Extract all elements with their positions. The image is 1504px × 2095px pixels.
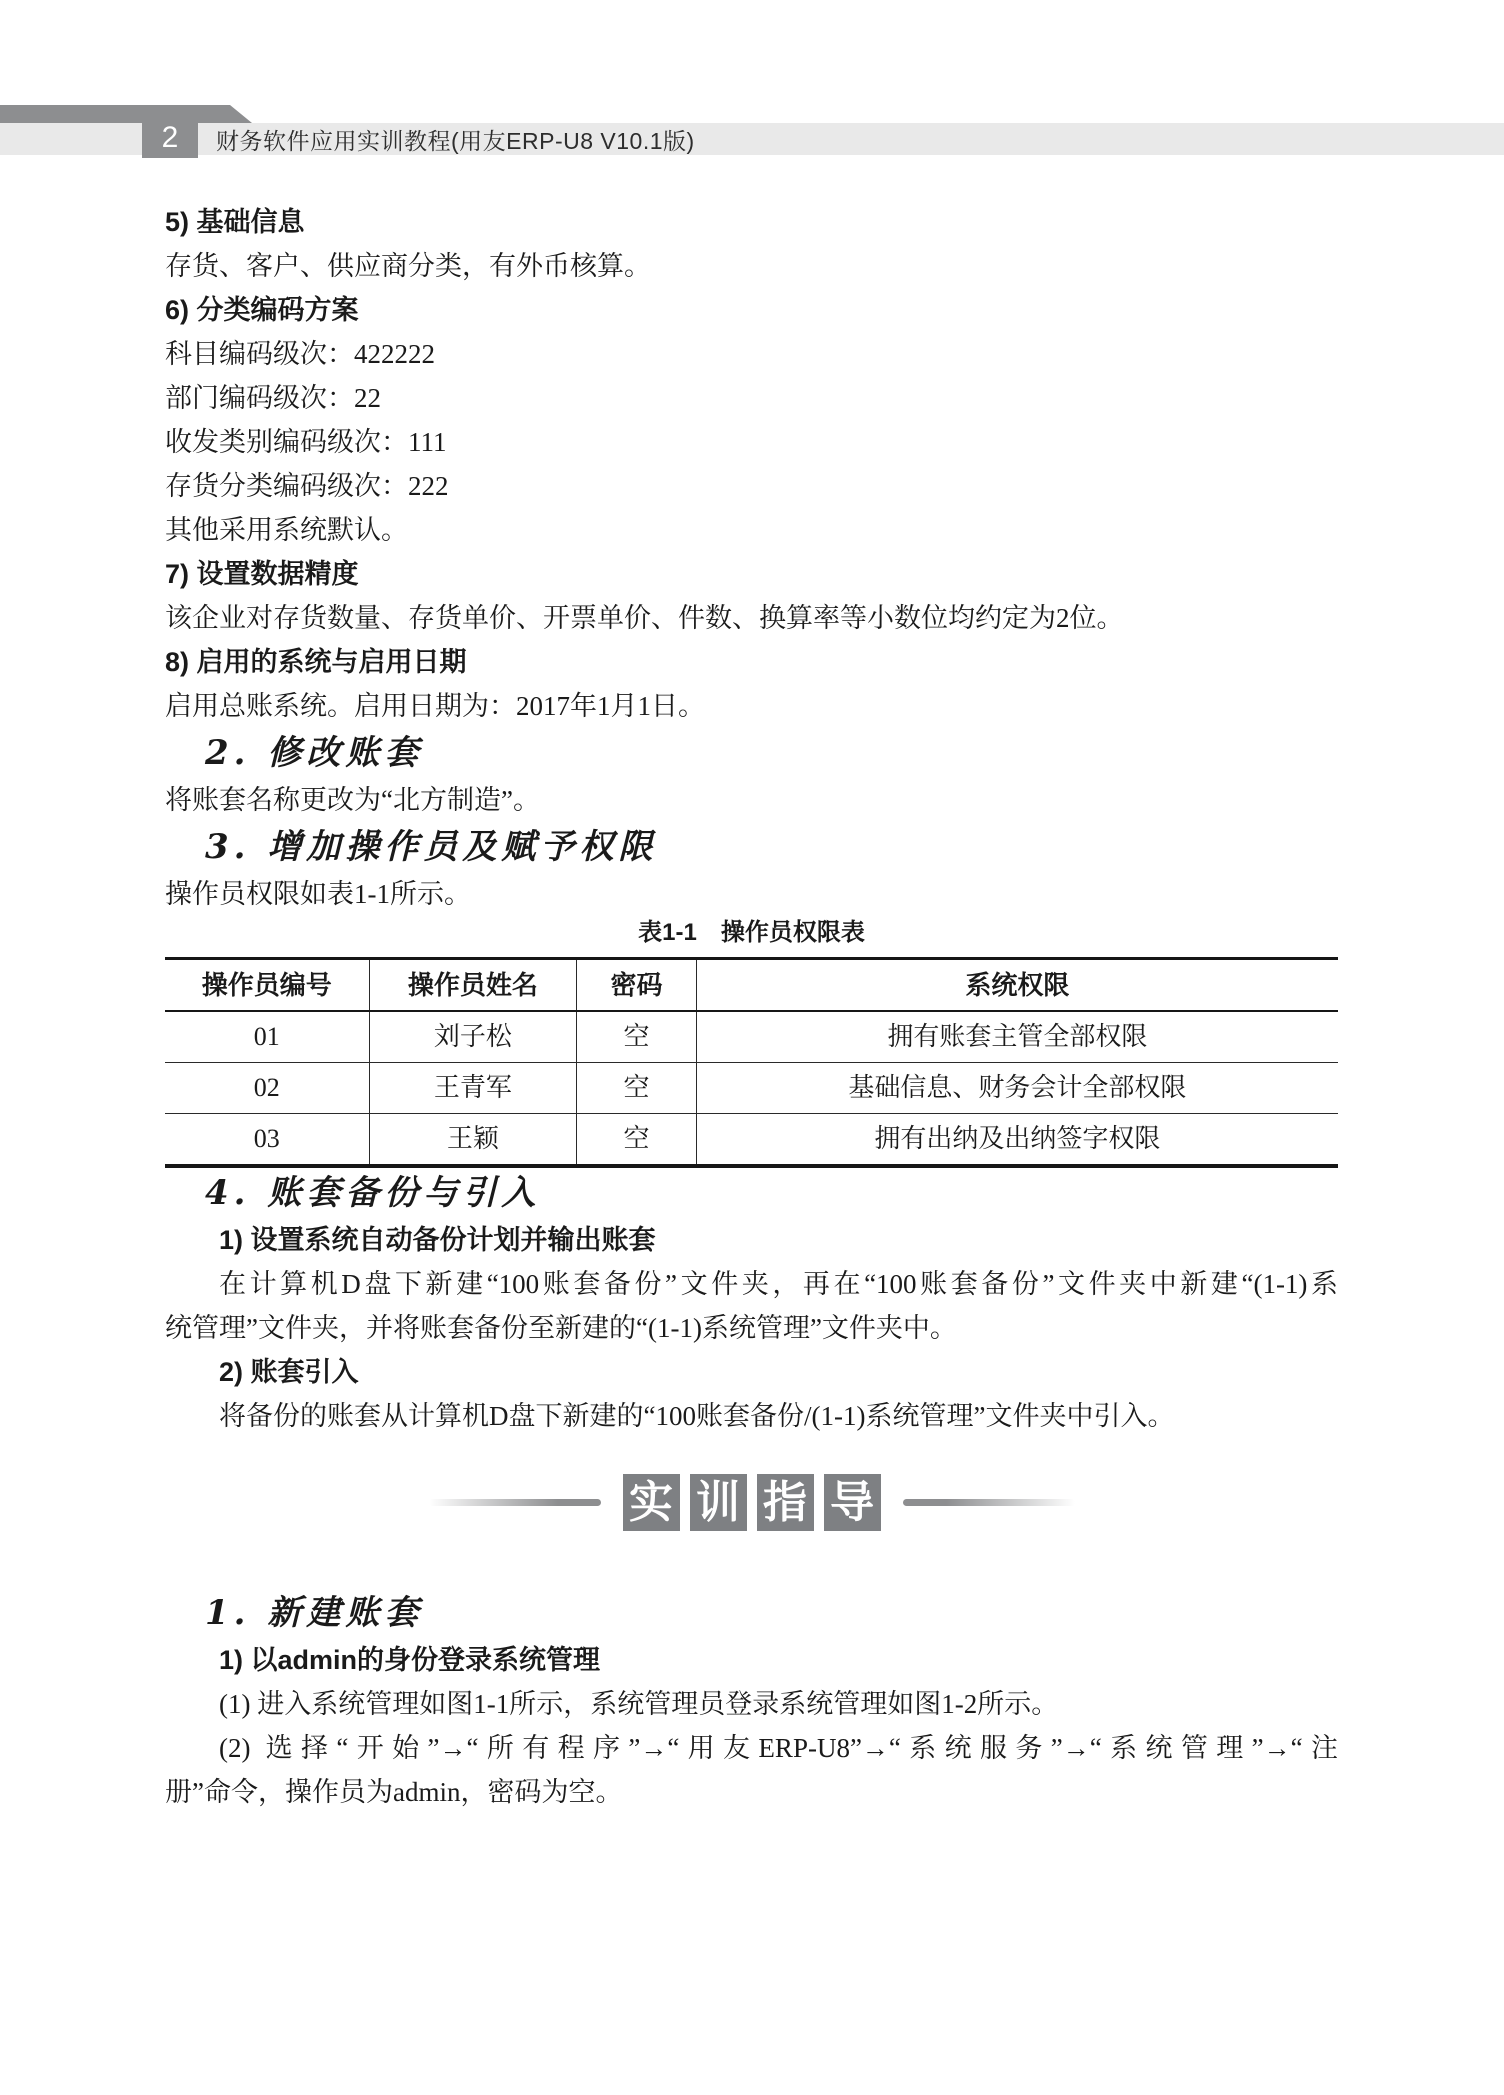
section2-heading: 2. 修改账套 [165, 728, 1338, 778]
book-page: 2 财务软件应用实训教程(用友ERP-U8 V10.1版) 5) 基础信息 存货… [0, 0, 1504, 2095]
setup-item5-heading: 5) 基础信息 [165, 200, 1338, 244]
setup-item7-text: 该企业对存货数量、存货单价、开票单价、件数、换算率等小数位均约定为2位。 [165, 596, 1338, 640]
table-row: 01 刘子松 空 拥有账套主管全部权限 [165, 1011, 1338, 1063]
section4-sub1-line2: 统管理”文件夹，并将账套备份至新建的“(1-1)系统管理”文件夹中。 [165, 1306, 1338, 1350]
col-header-operator-id: 操作员编号 [165, 959, 369, 1012]
cell-password: 空 [577, 1114, 697, 1167]
setup-item8-text: 启用总账系统。启用日期为：2017年1月1日。 [165, 684, 1338, 728]
col-header-permissions: 系统权限 [696, 959, 1338, 1012]
practice-guide-banner: 实 训 指 导 [165, 1474, 1338, 1531]
banner-char-box: 训 [690, 1474, 747, 1531]
section4-sub1-line1: 在计算机D盘下新建“100账套备份”文件夹，再在“100账套备份”文件夹中新建“… [165, 1262, 1338, 1306]
guide-heading: 1. 新建账套 [165, 1588, 1338, 1638]
cell-operator-name: 王青军 [369, 1063, 577, 1114]
header-band [0, 105, 252, 123]
setup-item7-heading: 7) 设置数据精度 [165, 552, 1338, 596]
section4-heading: 4. 账套备份与引入 [165, 1168, 1338, 1218]
banner-char-box: 导 [824, 1474, 881, 1531]
cell-password: 空 [577, 1011, 697, 1063]
guide-step2-line2: 册”命令，操作员为admin，密码为空。 [165, 1770, 1338, 1814]
banner-char-box: 指 [757, 1474, 814, 1531]
section3-heading: 3. 增加操作员及赋予权限 [165, 822, 1338, 872]
banner-char-box: 实 [623, 1474, 680, 1531]
guide-sub1-heading: 1) 以admin的身份登录系统管理 [165, 1638, 1338, 1682]
guide-step1: (1) 进入系统管理如图1-1所示，系统管理员登录系统管理如图1-2所示。 [165, 1682, 1338, 1726]
cell-permissions: 基础信息、财务会计全部权限 [696, 1063, 1338, 1114]
section3-intro: 操作员权限如表1-1所示。 [165, 872, 1338, 916]
cell-operator-name: 刘子松 [369, 1011, 577, 1063]
page-body: 5) 基础信息 存货、客户、供应商分类，有外币核算。 6) 分类编码方案 科目编… [165, 200, 1338, 1814]
cell-permissions: 拥有出纳及出纳签字权限 [696, 1114, 1338, 1167]
section4-sub2-heading: 2) 账套引入 [165, 1350, 1338, 1394]
table-header-row: 操作员编号 操作员姓名 密码 系统权限 [165, 959, 1338, 1012]
table-caption: 表1-1 操作员权限表 [165, 916, 1338, 950]
page-number: 2 [142, 105, 198, 158]
table-row: 02 王青军 空 基础信息、财务会计全部权限 [165, 1063, 1338, 1114]
setup-item6-heading: 6) 分类编码方案 [165, 288, 1338, 332]
cell-operator-id: 01 [165, 1011, 369, 1063]
setup-item6-line1: 科目编码级次：422222 [165, 332, 1338, 376]
cell-permissions: 拥有账套主管全部权限 [696, 1011, 1338, 1063]
section4-sub2-text: 将备份的账套从计算机D盘下新建的“100账套备份/(1-1)系统管理”文件夹中引… [165, 1394, 1338, 1438]
operator-permissions-table: 操作员编号 操作员姓名 密码 系统权限 01 刘子松 空 拥有账套主管全部权限 … [165, 957, 1338, 1168]
cell-operator-name: 王颖 [369, 1114, 577, 1167]
col-header-password: 密码 [577, 959, 697, 1012]
section4-sub1-heading: 1) 设置系统自动备份计划并输出账套 [165, 1218, 1338, 1262]
banner-right-rule [903, 1499, 1075, 1506]
cell-operator-id: 02 [165, 1063, 369, 1114]
setup-item6-line3: 收发类别编码级次：111 [165, 420, 1338, 464]
banner-left-rule [429, 1499, 601, 1506]
cell-operator-id: 03 [165, 1114, 369, 1167]
section2-text: 将账套名称更改为“北方制造”。 [165, 778, 1338, 822]
setup-item8-heading: 8) 启用的系统与启用日期 [165, 640, 1338, 684]
guide-step2-line1: (2) 选择“开始”→“所有程序”→“用友ERP-U8”→“系统服务”→“系统管… [165, 1726, 1338, 1770]
book-title: 财务软件应用实训教程(用友ERP-U8 V10.1版) [216, 123, 695, 155]
setup-item6-line2: 部门编码级次：22 [165, 376, 1338, 420]
col-header-operator-name: 操作员姓名 [369, 959, 577, 1012]
setup-item5-text: 存货、客户、供应商分类，有外币核算。 [165, 244, 1338, 288]
table-row: 03 王颖 空 拥有出纳及出纳签字权限 [165, 1114, 1338, 1167]
cell-password: 空 [577, 1063, 697, 1114]
setup-item6-line4: 存货分类编码级次：222 [165, 464, 1338, 508]
setup-item6-line5: 其他采用系统默认。 [165, 508, 1338, 552]
